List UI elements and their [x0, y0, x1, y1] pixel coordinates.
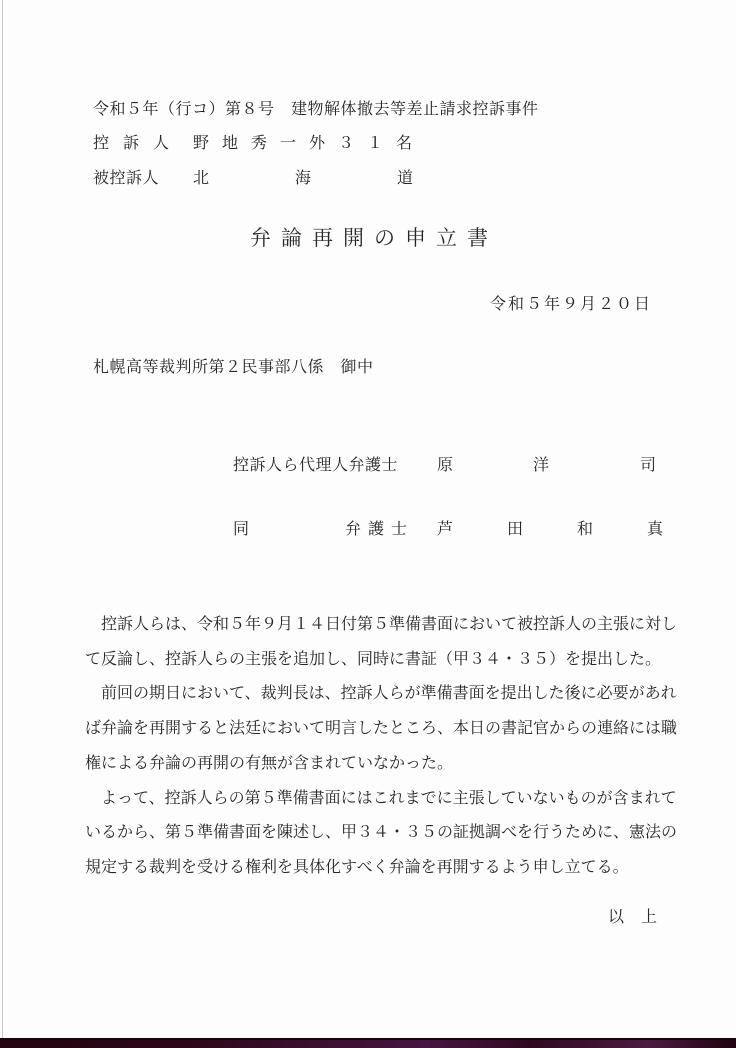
- signatory-2-position: 弁護士: [345, 520, 414, 540]
- signatory-2-name-char: 芦: [437, 520, 454, 540]
- appellant-name: 野地秀一外３１名: [193, 134, 425, 154]
- document-title: 弁論再開の申立書: [250, 225, 498, 251]
- body-line: 前回の期日において、裁判長は、控訴人らが準備書面を提出した後に必要があれ: [85, 677, 725, 712]
- addressee-court-line: 札幌高等裁判所第２民事部八係 御中: [93, 358, 374, 378]
- body-line: 規定する裁判を受ける権利を具体化すべく弁論を再開するよう申し立てる。: [85, 851, 725, 886]
- signatory-line-2: 同 弁護士 芦 田 和 真: [0, 520, 736, 542]
- signatory-1-role: 控訴人ら代理人弁護士: [233, 456, 398, 476]
- scanned-document-page: 令和５年（行コ）第８号 建物解体撤去等差止請求控訴事件 控訴人 野地秀一外３１名…: [0, 0, 736, 1048]
- appellee-label: 被控訴人: [93, 170, 159, 187]
- body-line: いるから、第５準備書面を陳述し、甲３４・３５の証拠調べを行うために、憲法の: [85, 816, 725, 851]
- document-date: 令和５年９月２０日: [490, 295, 652, 315]
- signatory-2-name-char: 和: [577, 520, 594, 540]
- case-number-line: 令和５年（行コ）第８号 建物解体撤去等差止請求控訴事件: [93, 100, 539, 120]
- scan-bottom-band: [0, 1038, 736, 1048]
- body-line: よって、控訴人らの第５準備書面にはこれまでに主張していないものが含まれて: [85, 782, 725, 817]
- appellant-line: 控訴人 野地秀一外３１名: [93, 134, 183, 154]
- signatory-2-name-char: 真: [647, 520, 664, 540]
- signatory-line-1: 控訴人ら代理人弁護士 原 洋 司: [0, 456, 736, 478]
- signatory-1-name-char: 司: [640, 456, 657, 476]
- appellant-label: 控訴人: [93, 135, 183, 152]
- signatory-2-role: 同: [233, 520, 250, 540]
- body-line: 控訴人らは、令和５年９月１４日付第５準備書面において被控訴人の主張に対し: [85, 608, 725, 643]
- closing-ijou: 以 上: [608, 908, 658, 928]
- body-text-block: 控訴人らは、令和５年９月１４日付第５準備書面において被控訴人の主張に対し て反論…: [85, 608, 725, 886]
- body-line: 権による弁論の再開の有無が含まれていなかった。: [85, 747, 725, 782]
- signatory-1-name-char: 洋: [533, 456, 550, 476]
- body-line: ば弁論を再開すると法廷において明言したところ、本日の書記官からの連絡には職: [85, 712, 725, 747]
- signatory-2-name-char: 田: [507, 520, 524, 540]
- appellee-name: 北海道: [193, 169, 499, 189]
- appellee-line: 被控訴人 北海道: [93, 169, 159, 189]
- body-line: て反論し、控訴人らの主張を追加し、同時に書証（甲３４・３５）を提出した。: [85, 643, 725, 678]
- signatory-1-name-char: 原: [437, 456, 454, 476]
